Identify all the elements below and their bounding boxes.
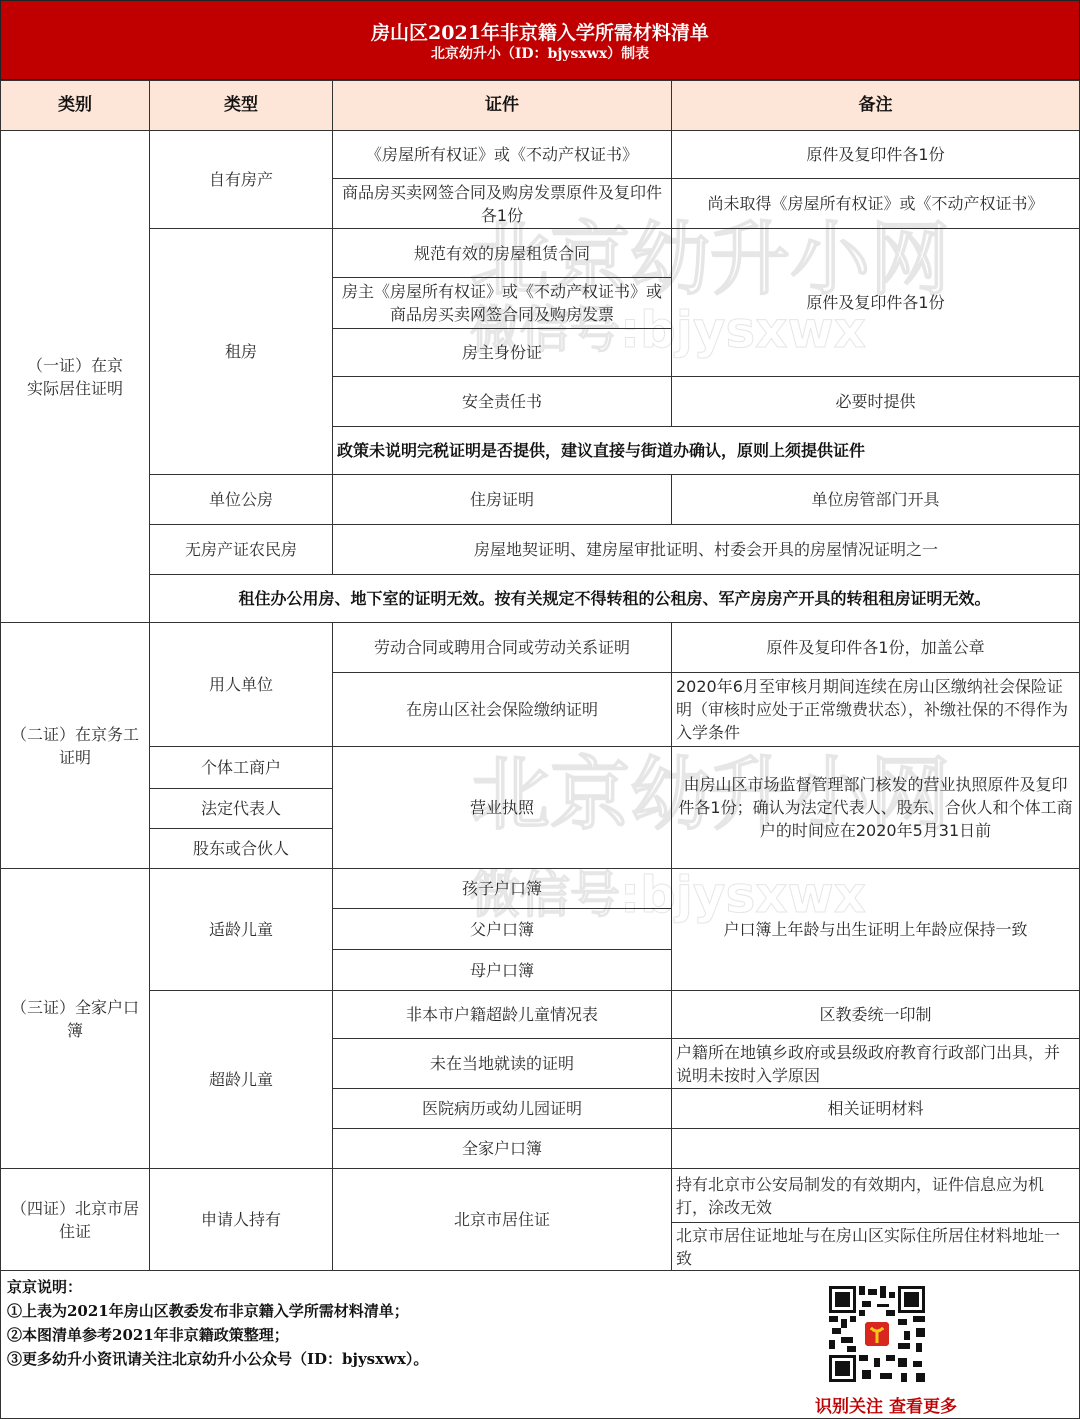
note-permit-address: 北京市居住证地址与在房山区实际住所居住材料地址一致 [671, 1222, 1080, 1271]
note-labor-contract: 原件及复印件各1份，加盖公章 [671, 622, 1080, 673]
residence-remark: 租住办公用房、地下室的证明无效。按有关规定不得转租的公租房、军产房房产开具的转租… [149, 574, 1080, 623]
qr-code-icon[interactable] [826, 1283, 928, 1385]
type-applicant-holds: 申请人持有 [149, 1168, 333, 1271]
type-employer: 用人单位 [149, 622, 333, 747]
doc-overage-form: 非本市户籍超龄儿童情况表 [332, 990, 672, 1039]
type-farm-house: 无房产证农民房 [149, 524, 333, 575]
header-category: 类别 [0, 80, 150, 131]
note-hukou-age: 户口簿上年龄与出生证明上年龄应保持一致 [671, 868, 1080, 991]
doc-property-cert: 《房屋所有权证》或《不动产权证书》 [332, 130, 672, 179]
type-rent: 租房 [149, 228, 333, 475]
note-permit-validity: 持有北京市公安局制发的有效期内，证件信息应为机打，涂改无效 [671, 1168, 1080, 1223]
note-property-cert: 原件及复印件各1份 [671, 130, 1080, 179]
qr-caption: 识别关注 查看更多 [801, 1392, 971, 1417]
header-note: 备注 [671, 80, 1080, 131]
doc-safety-letter: 安全责任书 [332, 376, 672, 427]
title-banner: 房山区2021年非京籍入学所需材料清单 北京幼升小（ID：bjysxwx）制表 [0, 0, 1080, 80]
note-rent-docs: 原件及复印件各1份 [671, 228, 1080, 377]
doc-social-insurance: 在房山区社会保险缴纳证明 [332, 672, 672, 747]
doc-housing-proof: 住房证明 [332, 474, 672, 525]
type-overage-child: 超龄儿童 [149, 990, 333, 1169]
type-unit-housing: 单位公房 [149, 474, 333, 525]
doc-residence-permit: 北京市居住证 [332, 1168, 672, 1271]
note-family-hukou [671, 1128, 1080, 1169]
doc-landlord-id: 房主身份证 [332, 328, 672, 377]
doc-business-license: 营业执照 [332, 746, 672, 869]
doc-mother-hukou: 母户口簿 [332, 949, 672, 991]
note-overage-form: 区教委统一印制 [671, 990, 1080, 1039]
footer-notes: 京京说明： ①上表为2021年房山区教委发布非京籍入学所需材料清单； ②本图清单… [7, 1275, 428, 1371]
header-type: 类型 [149, 80, 333, 131]
note-medical-kindergarten-proof: 相关证明材料 [671, 1088, 1080, 1129]
footer-notes-panel: 京京说明： ①上表为2021年房山区教委发布非京籍入学所需材料清单； ②本图清单… [0, 1270, 1080, 1419]
type-school-age-child: 适龄儿童 [149, 868, 333, 991]
doc-farm-house: 房屋地契证明、建房屋审批证明、村委会开具的房屋情况证明之一 [332, 524, 1080, 575]
footer-note-3: ③更多幼升小资讯请关注北京幼升小公众号（ID：bjysxwx）。 [7, 1347, 428, 1371]
category-hukou: （三证）全家户口簿 [0, 868, 150, 1169]
footer-note-2: ②本图清单参考2021年非京籍政策整理； [7, 1323, 428, 1347]
header-document: 证件 [332, 80, 672, 131]
doc-landlord-cert: 房主《房屋所有权证》或《不动产权证书》或商品房买卖网签合同及购房发票 [332, 277, 672, 329]
category-employment: （二证）在京务工证明 [0, 622, 150, 869]
category-residence: （一证）在京实际居住证明 [0, 130, 150, 623]
doc-father-hukou: 父户口簿 [332, 908, 672, 950]
note-business-license: 由房山区市场监督管理部门核发的营业执照原件及复印件各1份；确认为法定代表人、股东… [671, 746, 1080, 869]
category-residence-permit: （四证）北京市居住证 [0, 1168, 150, 1271]
page-title: 房山区2021年非京籍入学所需材料清单 [1, 21, 1079, 45]
doc-not-enrolled-proof: 未在当地就读的证明 [332, 1038, 672, 1089]
doc-medical-kindergarten-proof: 医院病历或幼儿园证明 [332, 1088, 672, 1129]
rent-tax-remark: 政策未说明完税证明是否提供，建议直接与街道办确认，原则上须提供证件 [332, 426, 1080, 475]
doc-family-hukou: 全家户口簿 [332, 1128, 672, 1169]
note-social-insurance: 2020年6月至审核月期间连续在房山区缴纳社会保险证明（审核时应处于正常缴费状态… [671, 672, 1080, 747]
doc-labor-contract: 劳动合同或聘用合同或劳动关系证明 [332, 622, 672, 673]
type-legal-representative: 法定代表人 [149, 788, 333, 829]
doc-child-hukou: 孩子户口簿 [332, 868, 672, 909]
footer-heading: 京京说明： [7, 1275, 428, 1299]
type-own-property: 自有房产 [149, 130, 333, 229]
note-housing-proof: 单位房管部门开具 [671, 474, 1080, 525]
doc-lease-contract: 规范有效的房屋租赁合同 [332, 228, 672, 278]
type-individual-business: 个体工商户 [149, 746, 333, 789]
note-not-enrolled-proof: 户籍所在地镇乡政府或县级政府教育行政部门出具，并说明未按时入学原因 [671, 1038, 1080, 1089]
note-purchase-contract: 尚未取得《房屋所有权证》或《不动产权证书》 [671, 178, 1080, 229]
doc-purchase-contract: 商品房买卖网签合同及购房发票原件及复印件各1份 [332, 178, 672, 229]
note-safety-letter: 必要时提供 [671, 376, 1080, 427]
type-shareholder-partner: 股东或合伙人 [149, 828, 333, 869]
page-subtitle: 北京幼升小（ID：bjysxwx）制表 [1, 45, 1079, 63]
footer-note-1: ①上表为2021年房山区教委发布非京籍入学所需材料清单； [7, 1299, 428, 1323]
